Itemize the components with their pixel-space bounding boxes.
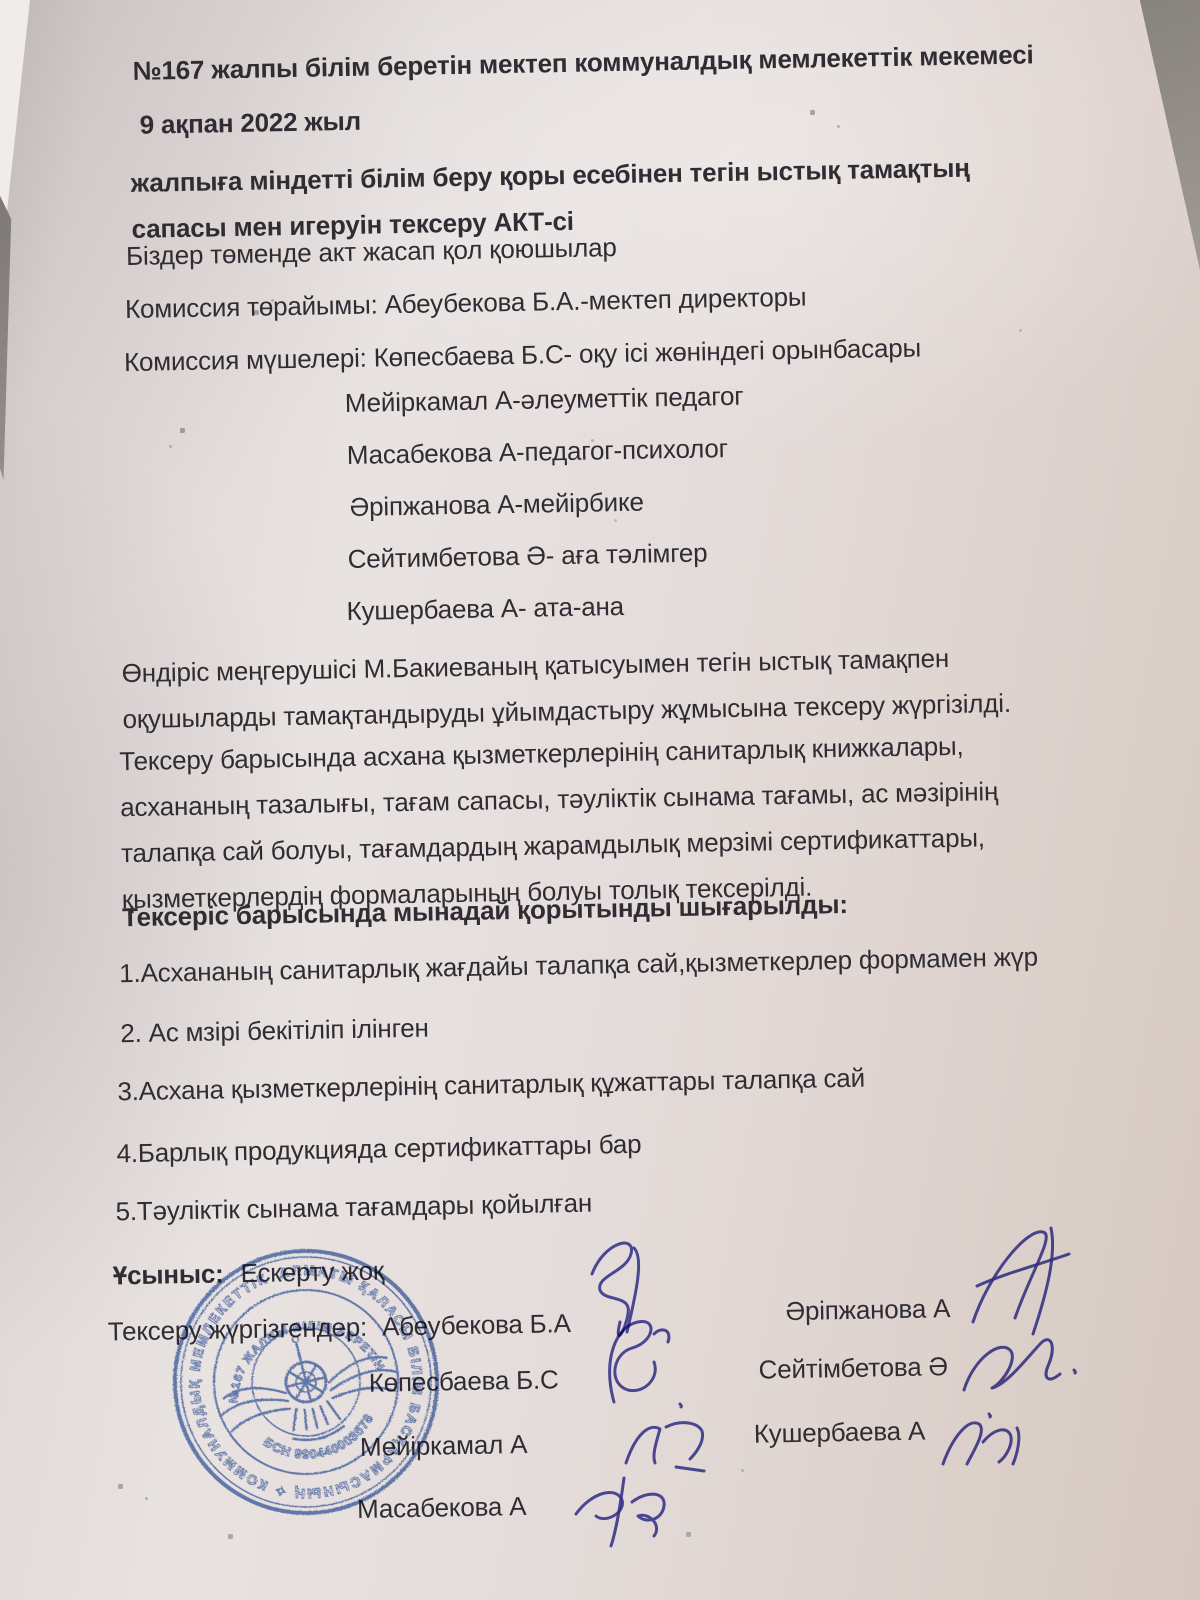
signature-seitimbetova bbox=[952, 1322, 1087, 1410]
commission-chair-line: Комиссия төрайымы: Абеубекова Б.А.-мекте… bbox=[125, 282, 807, 325]
finding-item: 2. Ас мзірі бекітіліп ілінген bbox=[120, 1013, 429, 1050]
finding-item: 4.Барлық продукцияда сертификаттары бар bbox=[116, 1129, 641, 1170]
signer-name: Әріпжанова А bbox=[785, 1293, 950, 1327]
signer-name: Кушербаева А bbox=[754, 1416, 926, 1450]
paper-specks bbox=[0, 0, 1, 1]
member-item: Сейтимбетова Ә- аға тәлімгер bbox=[347, 537, 707, 575]
signature-masabekova bbox=[560, 1468, 695, 1558]
paragraph-inspection-scope: Тексеру барысында асхана қызметкерлеріні… bbox=[119, 722, 1034, 923]
date-line: 9 ақпан 2022 жыл bbox=[139, 106, 361, 141]
stamp-bin-text: БСН 990440003578 bbox=[259, 1409, 383, 1474]
member-item: Әріпжанова А-мейірбике bbox=[349, 487, 644, 523]
org-name-line: №167 жалпы білім беретін мектеп коммунал… bbox=[132, 39, 1033, 87]
commission-members-line: Комиссия мүшелері: Көпесбаева Б.С- оқу і… bbox=[124, 332, 921, 378]
document-photo: №167 жалпы білім беретін мектеп коммунал… bbox=[0, 0, 1200, 1600]
member-item: Мейіркамал А-әлеуметтік педагог bbox=[345, 381, 744, 419]
finding-item: 1.Асхананың санитарлық жағдайы талапқа с… bbox=[119, 941, 1038, 989]
signer-name: Сейтімбетова Ә bbox=[758, 1351, 948, 1385]
finding-item: 3.Асхана қызметкерлерінің санитарлық құж… bbox=[117, 1063, 865, 1108]
signature-kusherbaeva bbox=[925, 1402, 1050, 1474]
member-item: Кушербаева А- ата-ана bbox=[346, 591, 624, 627]
signature-kopesbaeva bbox=[580, 1312, 705, 1414]
member-item: Масабекова А-педагог-психолог bbox=[347, 433, 729, 471]
